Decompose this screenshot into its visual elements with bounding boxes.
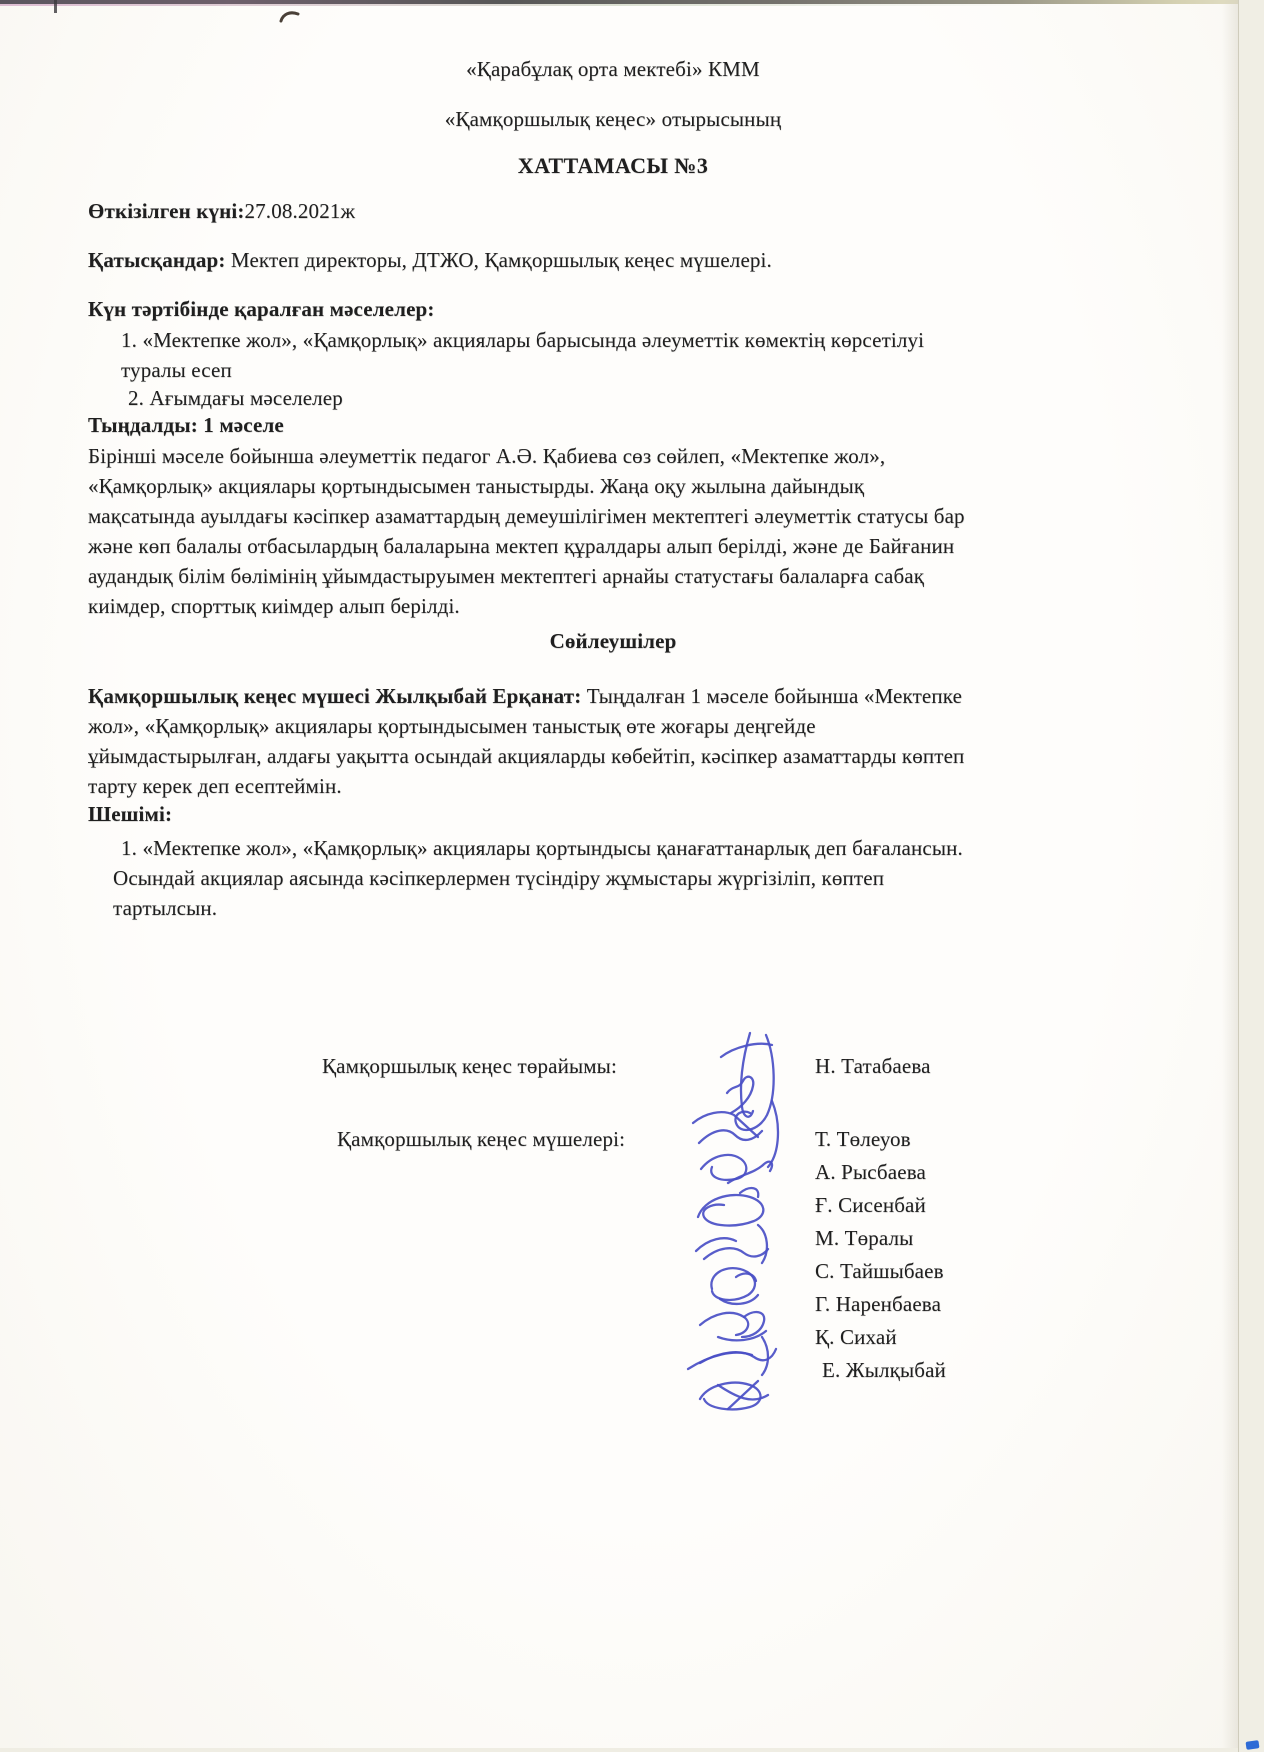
ink-stroke [698,1195,763,1225]
signature-member-4 [696,1225,768,1263]
scan-right-page-edge [1238,0,1264,1752]
speaker-name-label: Қамқоршылық кеңес мүшесі Жылқыбай Ерқана… [88,684,581,708]
ink-stroke [704,1248,768,1259]
pen-mark-stroke [281,13,298,21]
agenda-item-1-line-2: туралы есеп [121,357,232,383]
ink-stroke [728,1162,772,1183]
speaker-line: жол», «Қамқорлық» акциялары қортындысыме… [88,713,816,739]
council-title: «Қамқоршылық кеңес» отырысының [0,106,1226,132]
signature-member-2 [701,1155,772,1183]
signature-member-3 [698,1188,763,1225]
chair-label: Қамқоршылық кеңес төрайымы: [322,1053,617,1079]
heard-line: аудандық білім бөлімінің ұйымдастыруымен… [88,563,924,589]
ink-stroke [700,1313,748,1335]
heard-line: мақсатында ауылдағы кәсіпкер азаматтарды… [88,503,965,529]
signature-member-8 [700,1381,768,1409]
participants-value: Мектеп директоры, ДТЖО, Қамқоршылық кеңе… [226,248,772,272]
agenda-item-1-line-1: 1. «Мектепке жол», «Қамқорлық» акциялары… [121,327,924,353]
scanned-document-page: «Қарабұлақ орта мектебі» КММ «Қамқоршылы… [0,0,1264,1752]
decision-line: 1. «Мектепке жол», «Қамқорлық» акциялары… [121,835,963,861]
speakers-heading: Сөйлеушілер [0,628,1226,654]
decision-line: тартылсын. [113,895,217,921]
ink-stroke [762,1337,768,1375]
ink-stroke [758,1225,767,1263]
signatures-ink-overlay [600,1005,860,1425]
scan-bottom-edge [0,1748,1238,1752]
agenda-heading: Күн тәртібінде қаралған мәселелер: [88,296,435,322]
heard-line: киімдер, спорттық киімдер алып берілді. [88,593,460,619]
speaker-line: тарту керек деп есептеймін. [88,773,342,799]
heard-heading: Тыңдалды: 1 мәселе [88,412,284,438]
heard-line: және көп балалы отбасылардың балаларына … [88,533,954,559]
signature-chair [721,1033,774,1130]
ink-stroke [700,1349,776,1363]
protocol-title: ХАТТАМАСЫ №3 [0,153,1226,179]
participants-row: Қатысқандар: Мектеп директоры, ДТЖО, Қам… [88,247,772,273]
date-label: Өткізілген күні: [88,199,245,223]
participants-label: Қатысқандар: [88,248,226,272]
heard-line: Бірінші мәселе бойынша әлеуметтік педаго… [88,443,885,469]
scan-corner-tick [54,0,57,13]
signature-member-5 [711,1268,758,1304]
ink-stroke [736,1274,756,1281]
pen-mark-icon [278,10,304,26]
decision-heading: Шешімі: [88,801,172,827]
speaker-line: ұйымдастырылған, алдағы уақытта осындай … [88,743,964,769]
scan-top-edge-fringe [0,4,1036,6]
signature-member-7 [688,1337,776,1375]
date-row: Өткізілген күні:27.08.2021ж [88,198,355,224]
speaker-line-1-rest: Тыңдалған 1 мәселе бойынша «Мектепке [581,684,962,708]
signature-member-6 [700,1312,766,1340]
heard-line: «Қамқорлық» акциялары қортындысымен таны… [88,473,864,499]
decision-line: Осындай акциялар аясында кәсіпкерлермен … [113,865,884,891]
agenda-item-2: 2. Ағымдағы мәселелер [128,385,343,411]
speaker-line-1: Қамқоршылық кеңес мүшесі Жылқыбай Ерқана… [88,683,962,709]
org-title: «Қарабұлақ орта мектебі» КММ [0,56,1226,82]
members-label: Қамқоршылық кеңес мүшелері: [337,1126,625,1152]
scan-right-shade [1222,0,1238,1752]
date-value: 27.08.2021ж [245,199,356,223]
